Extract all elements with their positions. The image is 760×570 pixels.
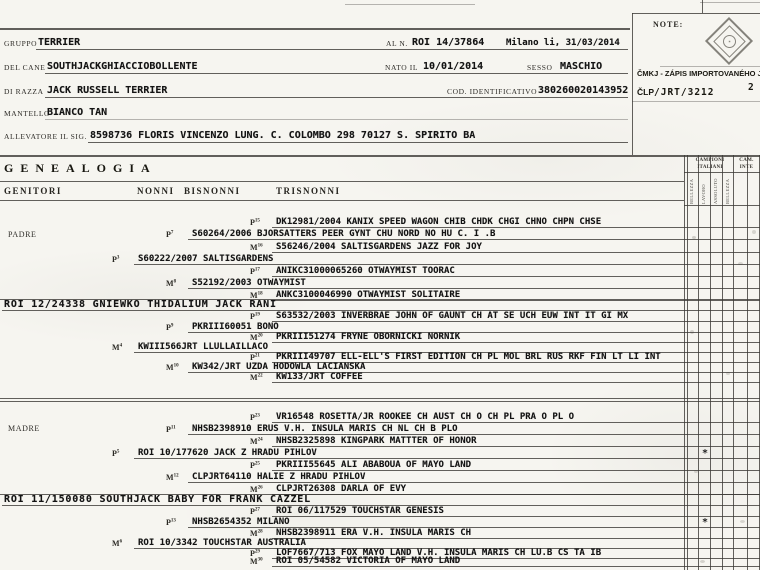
dog-name: DK12981/2004 KANIX SPEED WAGON CHIB CHDK… xyxy=(276,217,601,227)
generation-label: P15 xyxy=(250,218,260,227)
field-underline xyxy=(45,97,628,98)
champion-mark: * xyxy=(702,517,708,528)
divider xyxy=(345,4,475,5)
generation-label: M24 xyxy=(250,437,263,446)
field-underline xyxy=(88,142,628,143)
section-divider xyxy=(0,398,760,399)
place-date: Milano li, 31/03/2014 xyxy=(506,38,620,48)
field-label-del-cane: DEL CANE xyxy=(4,63,45,72)
generation-label: M20 xyxy=(250,333,263,342)
field-value-nato-il: 10/01/2014 xyxy=(423,61,483,72)
row-underline xyxy=(272,516,760,517)
generation-label: P5 xyxy=(112,449,119,458)
clp-registration: ČLP/JRT/3212 xyxy=(637,82,714,100)
dog-name: KW133/JRT COFFEE xyxy=(276,372,363,382)
field-value-del-cane: SOUTHJACKGHIACCIOBOLLENTE xyxy=(47,61,198,72)
dog-name: NHSB2654352 MILANO xyxy=(192,517,290,527)
note-label: NOTE: xyxy=(653,20,683,29)
generation-label: M30 xyxy=(250,557,263,566)
generation-label: M8 xyxy=(166,279,176,288)
field-value-al-n: ROI 14/37864 xyxy=(412,37,484,48)
column-header-genitori: GENITORI xyxy=(4,186,62,196)
divider xyxy=(0,181,684,182)
generation-label: M4 xyxy=(112,343,122,352)
generation-label: M16 xyxy=(250,243,263,252)
row-underline xyxy=(188,332,760,333)
dog-name: KWIII566JRT LLULLAILLACO xyxy=(138,342,268,352)
clp-extra-digit: 2 xyxy=(748,82,755,93)
subcolumn-assoluto: ASSOLUTO xyxy=(713,174,718,204)
padre-label: PADRE xyxy=(8,230,37,239)
field-value-cod-identificativo: 380260020143952 xyxy=(538,85,628,96)
dog-name: ANIKC31000065260 OTWAYMIST TOORAC xyxy=(276,266,455,276)
row-underline xyxy=(272,342,760,343)
generation-label: P17 xyxy=(250,267,260,276)
field-label-allevatore: ALLEVATORE IL SIG. xyxy=(4,132,87,141)
field-underline xyxy=(45,73,628,74)
row-underline xyxy=(272,470,760,471)
divider xyxy=(632,101,760,102)
row-underline xyxy=(188,239,760,240)
generation-label: P21 xyxy=(250,353,260,362)
generation-label: M28 xyxy=(250,529,263,538)
generation-label: P11 xyxy=(166,425,176,434)
field-value-mantello: BIANCO TAN xyxy=(47,107,107,118)
dog-name: S52192/2003 OTWAYMIST xyxy=(192,278,306,288)
divider xyxy=(702,0,703,13)
scan-noise xyxy=(740,520,745,523)
genealogy-top-rule xyxy=(0,155,760,157)
dog-name: ROI 06/117529 TOUCHSTAR GENESIS xyxy=(276,506,444,516)
note-box-top xyxy=(632,13,760,14)
field-label-mantello: MANTELLO xyxy=(4,109,50,118)
dog-name: S60264/2006 BJORSATTERS PEER GYNT CHU NO… xyxy=(192,229,495,239)
subcolumn-bellezza-int: BELLEZZA xyxy=(725,174,730,204)
row-underline xyxy=(272,252,760,253)
field-label-di-razza: DI RAZZA xyxy=(4,87,44,96)
row-underline xyxy=(188,288,760,289)
kennel-club-seal-icon: ✶ xyxy=(708,20,748,60)
generation-label: M10 xyxy=(166,363,179,372)
row-underline xyxy=(272,321,760,322)
row-underline xyxy=(188,482,760,483)
genealogy-title: GENEALOGIA xyxy=(4,161,157,176)
field-value-gruppo: TERRIER xyxy=(38,37,80,48)
dog-name: PKRIII55645 ALI ABABOUA OF MAYO LAND xyxy=(276,460,471,470)
clp-number: /JRT/3212 xyxy=(654,87,714,98)
generation-label: P27 xyxy=(250,507,260,516)
field-value-allevatore: 8598736 FLORIS VINCENZO LUNG. C. COLOMBO… xyxy=(90,130,475,141)
header-top-rule xyxy=(0,28,630,30)
champion-mark: * xyxy=(702,448,708,459)
pedigree-certificate-scan: NOTE: ✶ ČMKJ - ZÁPIS IMPORTOVANÉHO JE ČL… xyxy=(0,0,760,570)
dog-name: CLPJRT26308 DARLA OF EVY xyxy=(276,484,406,494)
divider xyxy=(700,2,760,3)
field-value-di-razza: JACK RUSSELL TERRIER xyxy=(47,85,167,96)
row-underline xyxy=(188,434,760,435)
row-underline xyxy=(134,264,760,265)
field-label-al-n: AL N. xyxy=(386,39,408,48)
cmkj-import-note: ČMKJ - ZÁPIS IMPORTOVANÉHO JE xyxy=(637,69,760,78)
dog-name: PKRIII60051 BONO xyxy=(192,322,279,332)
row-underline xyxy=(272,276,760,277)
column-header-bisnonni: BISNONNI xyxy=(184,186,241,196)
subcolumn-lavoro: LAVORO xyxy=(701,174,706,204)
scan-noise xyxy=(700,560,705,563)
row-underline xyxy=(272,446,760,447)
dog-name: S60222/2007 SALTISGARDENS xyxy=(138,254,273,264)
generation-label: P7 xyxy=(166,230,173,239)
clp-prefix: ČLP xyxy=(637,87,654,97)
dog-name: PKRIII51274 FRYNE OBORNICKI NORNIK xyxy=(276,332,460,342)
row-underline xyxy=(272,382,760,383)
dog-name: NHSB2398910 ERUS V.H. INSULA MARIS CH NL… xyxy=(192,424,458,434)
dog-name: NHSB2325898 KINGPARK MATTTER OF HONOR xyxy=(276,436,476,446)
madre-label: MADRE xyxy=(8,424,40,433)
dog-name: ROI 10/3342 TOUCHSTAR AUSTRALIA xyxy=(138,538,306,548)
dog-name: S63532/2003 INVERBRAE JOHN OF GAUNT CH A… xyxy=(276,311,628,321)
column-header-trisnonni: TRISNONNI xyxy=(276,186,341,196)
dog-name: KW342/JRT UZDA HODOWLA LACIANSKA xyxy=(192,362,365,372)
generation-label: M6 xyxy=(112,539,122,548)
dog-name: ROI 10/177620 JACK Z HRADU PIHLOV xyxy=(138,448,317,458)
row-underline xyxy=(272,227,760,228)
field-label-cod-identificativo: COD. IDENTIFICATIVO xyxy=(447,87,537,96)
generation-label: P13 xyxy=(166,518,176,527)
column-header-nonni: NONNI xyxy=(137,186,175,196)
row-underline xyxy=(272,566,760,567)
field-underline xyxy=(36,49,628,50)
field-label-sesso: SESSO xyxy=(527,63,553,72)
row-underline xyxy=(272,422,760,423)
dog-name: ROI 12/24338 GNIEWKO THIDALIUM JACK RANI xyxy=(4,299,277,310)
generation-label: P9 xyxy=(166,323,173,332)
row-underline xyxy=(272,300,760,301)
dog-name: PKRIII49707 ELL-ELL'S FIRST EDITION CH P… xyxy=(276,352,661,362)
scan-noise xyxy=(752,230,756,234)
dog-name: S56246/2004 SALTISGARDENS JAZZ FOR JOY xyxy=(276,242,482,252)
section-divider xyxy=(0,401,760,402)
row-underline xyxy=(188,527,760,528)
generation-label: P23 xyxy=(250,413,260,422)
dog-name: ROI 05/54582 VICTORIA OF MAYO LAND xyxy=(276,556,460,566)
generation-label: M22 xyxy=(250,373,263,382)
dog-name: VR16548 ROSETTA/JR ROOKEE CH AUST CH O C… xyxy=(276,412,574,422)
field-value-sesso: MASCHIO xyxy=(560,61,602,72)
generation-label: M12 xyxy=(166,473,179,482)
field-label-nato-il: NATO IL xyxy=(385,63,418,72)
subcolumn-bellezza: BELLEZZA xyxy=(689,174,694,204)
row-underline xyxy=(188,372,760,373)
dog-name: ROI 11/150080 SOUTHJACK BABY FOR FRANK C… xyxy=(4,494,311,505)
divider xyxy=(660,66,760,67)
generation-label: P3 xyxy=(112,255,119,264)
dog-name: CLPJRT64110 HALIE Z HRADU PIHLOV xyxy=(192,472,365,482)
generation-label: P25 xyxy=(250,461,260,470)
note-box-left xyxy=(632,13,633,155)
field-underline xyxy=(45,119,628,120)
field-label-gruppo: GRUPPO xyxy=(4,39,37,48)
row-underline xyxy=(134,458,760,459)
divider xyxy=(0,200,684,201)
row-underline xyxy=(272,538,760,539)
generation-label: P19 xyxy=(250,312,260,321)
dog-name: NHSB2398911 ERA V.H. INSULA MARIS CH xyxy=(276,528,471,538)
